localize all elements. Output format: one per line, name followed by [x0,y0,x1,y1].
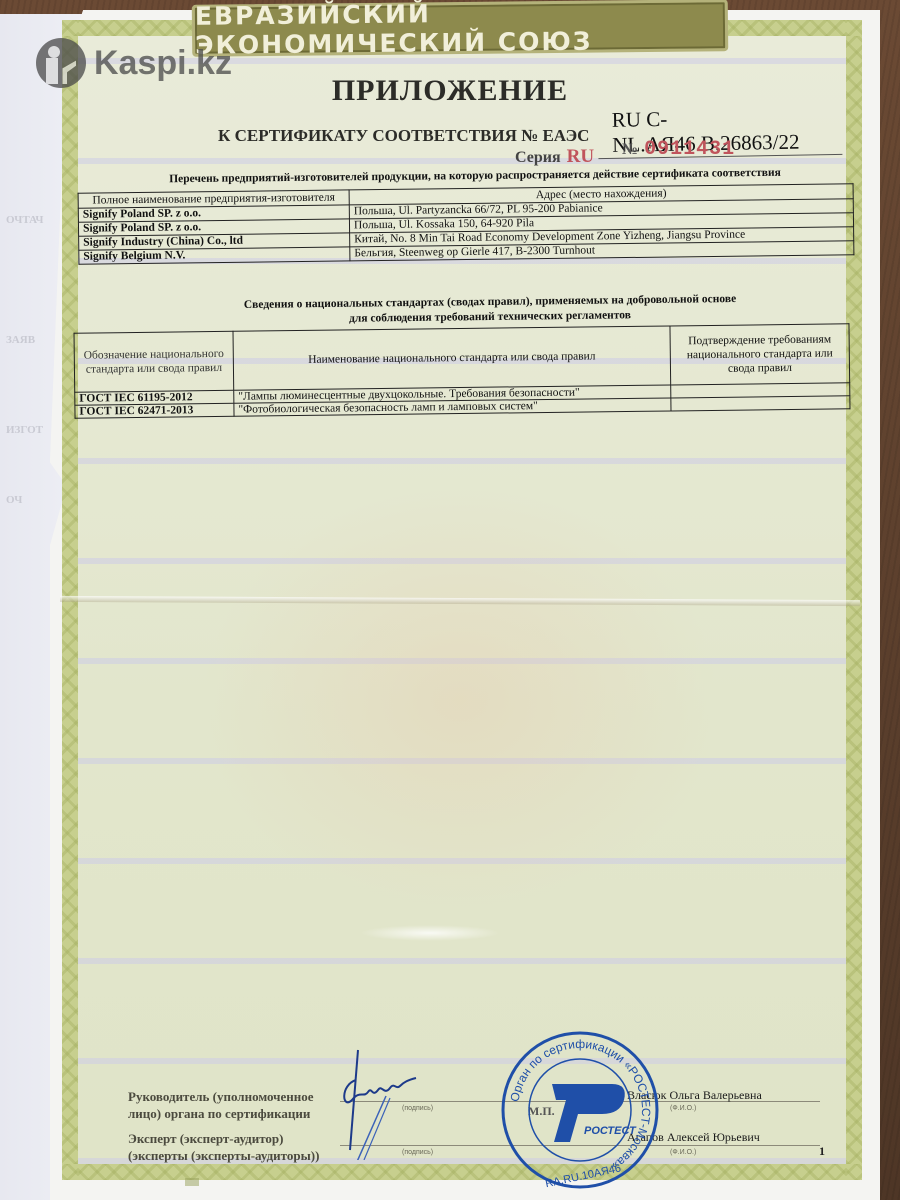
standard-confirmation [671,396,850,411]
initials-hint: (Ф.И.О.) [670,1149,696,1156]
expert-label: Эксперт (эксперт-аудитор) (эксперты (экс… [128,1130,319,1164]
form-number-value: 0911431 [644,138,735,161]
eaeu-banner: ЕВРАЗИЙСКИЙ ЭКОНОМИЧЕСКИЙ СОЮЗ [192,0,729,57]
series-value: RU [567,146,594,167]
kaspi-brand: Kaspi.kz [94,44,232,83]
form-number: №0911431 [622,138,735,161]
standards-table: Обозначение национального стандарта или … [74,323,851,418]
kaspi-watermark: Kaspi.kz [36,38,232,88]
standard-code: ГОСТ IEC 62471-2013 [75,403,234,418]
initials-hint: (Ф.И.О.) [670,1105,696,1112]
kaspi-logo-icon [36,38,86,88]
ghost-text: ЗАЯВ [6,334,35,346]
paper-fold [360,925,500,941]
series-label: Серия [515,149,561,166]
banner-text: ЕВРАЗИЙСКИЙ ЭКОНОМИЧЕСКИЙ СОЮЗ [195,0,726,60]
head-label: Руководитель (уполномоченное лицо) орган… [128,1088,314,1122]
document-subtitle: К СЕРТИФИКАТУ СООТВЕТСТВИЯ № ЕАЭС [218,126,589,146]
manufacturers-table: Полное наименование предприятия-изготови… [78,183,855,264]
ghost-text: ОЧ [6,494,22,506]
column-header: Обозначение национального стандарта или … [74,331,234,392]
page-number: 1 [819,1144,825,1159]
printer-imprint [185,1178,199,1186]
handwritten-signature [338,1040,428,1160]
column-header: Наименование национального стандарта или… [233,326,671,390]
certification-stamp: Орган по сертификации «РОСТЕСТ-Москва» Р… [500,1030,660,1190]
form-number-label: № [622,141,638,158]
manufacturer-name: Signify Belgium N.V. [79,247,350,264]
column-header: Подтверждение требованиям национального … [670,324,850,385]
series: СерияRU [515,146,594,168]
stamp-brand: РОСТЕСТ [584,1125,637,1137]
table-header-row: Обозначение национального стандарта или … [74,324,850,392]
ghost-text: ИЗГОТ [6,424,43,436]
ghost-text: ОЧТАЧ [6,214,44,226]
background-emblem [180,470,740,930]
